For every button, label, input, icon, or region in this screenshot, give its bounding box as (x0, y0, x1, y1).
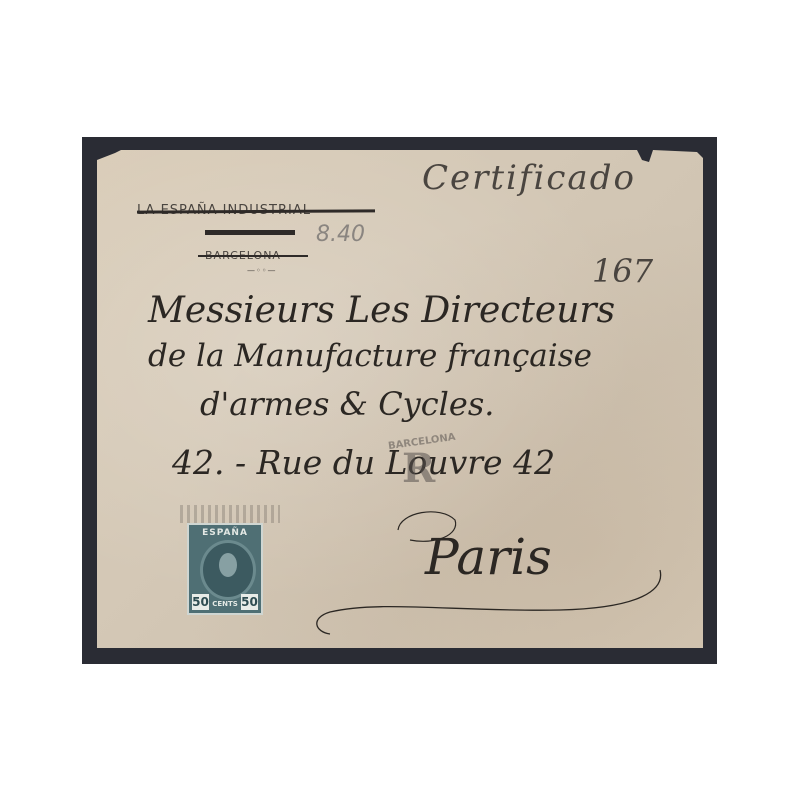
stamp-value-left: 50 (192, 594, 209, 610)
paris-underline-flourish (0, 0, 800, 800)
registration-letter: R (402, 445, 434, 492)
stamp-portrait-icon (200, 540, 256, 600)
registration-handstamp: BARCELONA R (388, 438, 434, 518)
postage-stamp: ESPAÑA 50 CENTS 50 (187, 523, 263, 615)
stamp-denomination: CENTS (211, 600, 239, 608)
postmark-smudge (180, 505, 280, 523)
stamp-country: ESPAÑA (189, 528, 261, 538)
stamp-value-right: 50 (241, 594, 258, 610)
